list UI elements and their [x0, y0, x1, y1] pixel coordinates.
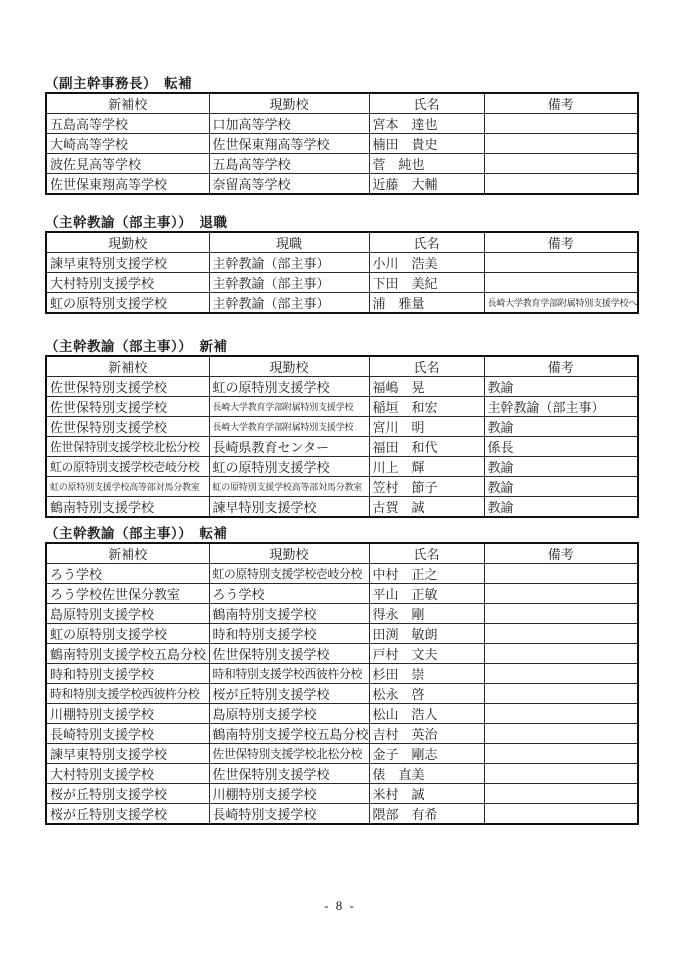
table-row: 佐世保特別支援学校北松分校長崎県教育センター福田 和代係長	[46, 437, 638, 457]
personnel-section: （副主幹事務長） 転補 新補校現勤校氏名備考 五島高等学校口加高等学校宮本 達也…	[45, 75, 637, 195]
table-cell: 五島高等学校	[46, 114, 209, 134]
header-cell: 備考	[484, 232, 638, 253]
personnel-section: （主幹教諭（部主事）） 新補 新補校現勤校氏名備考 佐世保特別支援学校虹の原特別…	[45, 338, 637, 518]
personnel-table: 現勤校現職氏名備考 諫早東特別支援学校主幹教諭（部主事）小川 浩美大村特別支援学…	[45, 231, 639, 314]
table-cell: 虹の原特別支援学校壱岐分校	[46, 457, 209, 477]
table-cell: 虹の原特別支援学校	[46, 624, 209, 644]
table-cell: 金子 剛志	[369, 744, 484, 764]
table-cell: 川上 輝	[369, 457, 484, 477]
table-cell: 虹の原特別支援学校	[209, 457, 369, 477]
table-cell: 稲垣 和宏	[369, 397, 484, 417]
document-page: （副主幹事務長） 転補 新補校現勤校氏名備考 五島高等学校口加高等学校宮本 達也…	[0, 0, 680, 961]
table-cell: 諫早東特別支援学校	[46, 253, 209, 273]
table-cell: 佐世保特別支援学校北松分校	[46, 437, 209, 457]
table-cell	[484, 764, 638, 784]
table-cell: 古賀 誠	[369, 497, 484, 518]
header-cell: 現勤校	[46, 232, 209, 253]
header-cell: 現勤校	[209, 356, 369, 377]
table-cell: 中村 正之	[369, 564, 484, 584]
table-cell: ろう学校	[209, 584, 369, 604]
table-cell: 桜が丘特別支援学校	[46, 804, 209, 825]
table-row: ろう学校虹の原特別支援学校壱岐分校中村 正之	[46, 564, 638, 584]
table-cell: 笠村 節子	[369, 477, 484, 497]
table-cell: 浦 雅量	[369, 293, 484, 314]
header-row: 新補校現勤校氏名備考	[46, 356, 638, 377]
table-cell: 宮本 達也	[369, 114, 484, 134]
header-row: 新補校現勤校氏名備考	[46, 543, 638, 564]
table-cell: 福田 和代	[369, 437, 484, 457]
table-cell: 鶴南特別支援学校	[209, 604, 369, 624]
header-cell: 備考	[484, 543, 638, 564]
header-cell: 氏名	[369, 232, 484, 253]
table-cell: 桜が丘特別支援学校	[46, 784, 209, 804]
table-cell	[484, 253, 638, 273]
table-cell: 平山 正敏	[369, 584, 484, 604]
header-cell: 氏名	[369, 93, 484, 114]
table-cell: 長崎特別支援学校	[46, 724, 209, 744]
section-title: （主幹教諭（部主事）） 新補	[45, 338, 637, 355]
table-cell: 奈留高等学校	[209, 174, 369, 195]
table-cell: 田渕 敏朗	[369, 624, 484, 644]
table-cell: 大村特別支援学校	[46, 764, 209, 784]
table-cell: 隈部 有希	[369, 804, 484, 825]
table-cell	[484, 174, 638, 195]
table-cell: 佐世保特別支援学校	[209, 644, 369, 664]
header-cell: 氏名	[369, 543, 484, 564]
table-row: 佐世保特別支援学校長崎大学教育学部附属特別支援学校稲垣 和宏主幹教諭（部主事）	[46, 397, 638, 417]
header-cell: 現職	[209, 232, 369, 253]
table-cell: 米村 誠	[369, 784, 484, 804]
table-row: 大崎高等学校佐世保東翔高等学校楠田 貴史	[46, 134, 638, 154]
table-cell	[484, 704, 638, 724]
header-row: 現勤校現職氏名備考	[46, 232, 638, 253]
table-cell: 得永 剛	[369, 604, 484, 624]
table-cell: 主幹教諭（部主事）	[484, 397, 638, 417]
table-cell: 主幹教諭（部主事）	[209, 293, 369, 314]
page-number: - 8 -	[0, 898, 680, 914]
table-cell: 佐世保特別支援学校北松分校	[209, 744, 369, 764]
table-cell: 時和特別支援学校西彼杵分校	[209, 664, 369, 684]
section-title: （副主幹事務長） 転補	[45, 75, 637, 92]
table-cell	[484, 114, 638, 134]
personnel-table: 新補校現勤校氏名備考 五島高等学校口加高等学校宮本 達也大崎高等学校佐世保東翔高…	[45, 92, 639, 195]
table-row: ろう学校佐世保分教室ろう学校平山 正敏	[46, 584, 638, 604]
header-cell: 備考	[484, 93, 638, 114]
table-cell: 長崎大学教育学部附属特別支援学校へ	[484, 293, 638, 314]
table-cell	[484, 724, 638, 744]
personnel-section: （主幹教諭（部主事）） 退職 現勤校現職氏名備考 諫早東特別支援学校主幹教諭（部…	[45, 214, 637, 314]
table-cell	[484, 624, 638, 644]
table-cell	[484, 744, 638, 764]
table-cell: 川棚特別支援学校	[46, 704, 209, 724]
table-cell: 教諭	[484, 377, 638, 397]
table-cell: 主幹教諭（部主事）	[209, 253, 369, 273]
table-cell: ろう学校佐世保分教室	[46, 584, 209, 604]
table-cell: 口加高等学校	[209, 114, 369, 134]
table-row: 虹の原特別支援学校壱岐分校虹の原特別支援学校川上 輝教諭	[46, 457, 638, 477]
table-row: 川棚特別支援学校島原特別支援学校松山 浩人	[46, 704, 638, 724]
table-cell: 杉田 崇	[369, 664, 484, 684]
table-cell: 宮川 明	[369, 417, 484, 437]
table-cell: 松山 浩人	[369, 704, 484, 724]
table-row: 島原特別支援学校鶴南特別支援学校得永 剛	[46, 604, 638, 624]
table-cell: 長崎県教育センター	[209, 437, 369, 457]
table-row: 長崎特別支援学校鶴南特別支援学校五島分校吉村 英治	[46, 724, 638, 744]
table-cell	[484, 804, 638, 825]
section-title: （主幹教諭（部主事）） 退職	[45, 214, 637, 231]
table-cell: 佐世保東翔高等学校	[46, 174, 209, 195]
table-cell: 時和特別支援学校	[46, 664, 209, 684]
table-cell: 菅 純也	[369, 154, 484, 174]
personnel-table: 新補校現勤校氏名備考 ろう学校虹の原特別支援学校壱岐分校中村 正之ろう学校佐世保…	[45, 542, 639, 825]
header-cell: 新補校	[46, 93, 209, 114]
table-cell: 虹の原特別支援学校	[46, 293, 209, 314]
table-cell: 鶴南特別支援学校五島分校	[46, 644, 209, 664]
header-row: 新補校現勤校氏名備考	[46, 93, 638, 114]
header-cell: 備考	[484, 356, 638, 377]
table-cell: 大崎高等学校	[46, 134, 209, 154]
table-cell	[484, 154, 638, 174]
personnel-table: 新補校現勤校氏名備考 佐世保特別支援学校虹の原特別支援学校福嶋 晃教諭佐世保特別…	[45, 355, 639, 518]
personnel-section: （主幹教諭（部主事）） 転補 新補校現勤校氏名備考 ろう学校虹の原特別支援学校壱…	[45, 525, 637, 825]
table-cell: ろう学校	[46, 564, 209, 584]
table-cell: 鶴南特別支援学校	[46, 497, 209, 518]
table-cell: 福嶋 晃	[369, 377, 484, 397]
table-cell: 時和特別支援学校西彼杵分校	[46, 684, 209, 704]
table-cell: 島原特別支援学校	[46, 604, 209, 624]
table-row: 諫早東特別支援学校主幹教諭（部主事）小川 浩美	[46, 253, 638, 273]
table-row: 五島高等学校口加高等学校宮本 達也	[46, 114, 638, 134]
table-cell: 波佐見高等学校	[46, 154, 209, 174]
table-cell: 虹の原特別支援学校壱岐分校	[209, 564, 369, 584]
table-row: 諫早東特別支援学校佐世保特別支援学校北松分校金子 剛志	[46, 744, 638, 764]
table-cell: 佐世保特別支援学校	[46, 377, 209, 397]
header-cell: 新補校	[46, 543, 209, 564]
table-row: 虹の原特別支援学校時和特別支援学校田渕 敏朗	[46, 624, 638, 644]
table-cell: 大村特別支援学校	[46, 273, 209, 293]
table-cell: 佐世保特別支援学校	[46, 397, 209, 417]
table-cell: 佐世保東翔高等学校	[209, 134, 369, 154]
table-cell	[484, 584, 638, 604]
table-row: 佐世保東翔高等学校奈留高等学校近藤 大輔	[46, 174, 638, 195]
table-cell: 吉村 英治	[369, 724, 484, 744]
header-cell: 氏名	[369, 356, 484, 377]
table-row: 時和特別支援学校西彼杵分校桜が丘特別支援学校松永 啓	[46, 684, 638, 704]
table-cell: 諫早特別支援学校	[209, 497, 369, 518]
table-row: 佐世保特別支援学校虹の原特別支援学校福嶋 晃教諭	[46, 377, 638, 397]
table-cell: 松永 啓	[369, 684, 484, 704]
table-cell: 虹の原特別支援学校高等部対馬分教室	[209, 477, 369, 497]
table-row: 鶴南特別支援学校諫早特別支援学校古賀 誠教諭	[46, 497, 638, 518]
table-cell: 島原特別支援学校	[209, 704, 369, 724]
header-cell: 現勤校	[209, 93, 369, 114]
table-cell: 楠田 貴史	[369, 134, 484, 154]
table-cell: 長崎大学教育学部附属特別支援学校	[209, 417, 369, 437]
table-cell: 下田 美紀	[369, 273, 484, 293]
table-cell	[484, 644, 638, 664]
table-row: 波佐見高等学校五島高等学校菅 純也	[46, 154, 638, 174]
table-row: 虹の原特別支援学校高等部対馬分教室虹の原特別支援学校高等部対馬分教室笠村 節子教…	[46, 477, 638, 497]
table-cell	[484, 784, 638, 804]
table-cell: 長崎特別支援学校	[209, 804, 369, 825]
table-cell: 五島高等学校	[209, 154, 369, 174]
table-cell: 俵 直美	[369, 764, 484, 784]
table-row: 大村特別支援学校佐世保特別支援学校俵 直美	[46, 764, 638, 784]
table-cell: 教諭	[484, 417, 638, 437]
table-cell	[484, 564, 638, 584]
table-row: 桜が丘特別支援学校川棚特別支援学校米村 誠	[46, 784, 638, 804]
table-cell: 教諭	[484, 457, 638, 477]
table-cell	[484, 684, 638, 704]
table-row: 大村特別支援学校主幹教諭（部主事）下田 美紀	[46, 273, 638, 293]
table-cell: 係長	[484, 437, 638, 457]
sections-container: （副主幹事務長） 転補 新補校現勤校氏名備考 五島高等学校口加高等学校宮本 達也…	[45, 75, 637, 825]
table-cell	[484, 273, 638, 293]
table-cell	[484, 664, 638, 684]
table-row: 虹の原特別支援学校主幹教諭（部主事）浦 雅量長崎大学教育学部附属特別支援学校へ	[46, 293, 638, 314]
table-cell: 教諭	[484, 497, 638, 518]
table-cell: 虹の原特別支援学校高等部対馬分教室	[46, 477, 209, 497]
table-cell: 川棚特別支援学校	[209, 784, 369, 804]
table-cell	[484, 134, 638, 154]
table-cell: 近藤 大輔	[369, 174, 484, 195]
table-cell: 戸村 文夫	[369, 644, 484, 664]
table-row: 佐世保特別支援学校長崎大学教育学部附属特別支援学校宮川 明教諭	[46, 417, 638, 437]
table-cell: 小川 浩美	[369, 253, 484, 273]
header-cell: 現勤校	[209, 543, 369, 564]
section-title: （主幹教諭（部主事）） 転補	[45, 525, 637, 542]
table-cell: 時和特別支援学校	[209, 624, 369, 644]
table-cell	[484, 604, 638, 624]
table-cell: 桜が丘特別支援学校	[209, 684, 369, 704]
table-cell: 鶴南特別支援学校五島分校	[209, 724, 369, 744]
table-cell: 虹の原特別支援学校	[209, 377, 369, 397]
table-cell: 主幹教諭（部主事）	[209, 273, 369, 293]
table-row: 桜が丘特別支援学校長崎特別支援学校隈部 有希	[46, 804, 638, 825]
table-cell: 教諭	[484, 477, 638, 497]
table-row: 時和特別支援学校時和特別支援学校西彼杵分校杉田 崇	[46, 664, 638, 684]
header-cell: 新補校	[46, 356, 209, 377]
table-row: 鶴南特別支援学校五島分校佐世保特別支援学校戸村 文夫	[46, 644, 638, 664]
table-cell: 諫早東特別支援学校	[46, 744, 209, 764]
table-cell: 佐世保特別支援学校	[46, 417, 209, 437]
table-cell: 佐世保特別支援学校	[209, 764, 369, 784]
table-cell: 長崎大学教育学部附属特別支援学校	[209, 397, 369, 417]
